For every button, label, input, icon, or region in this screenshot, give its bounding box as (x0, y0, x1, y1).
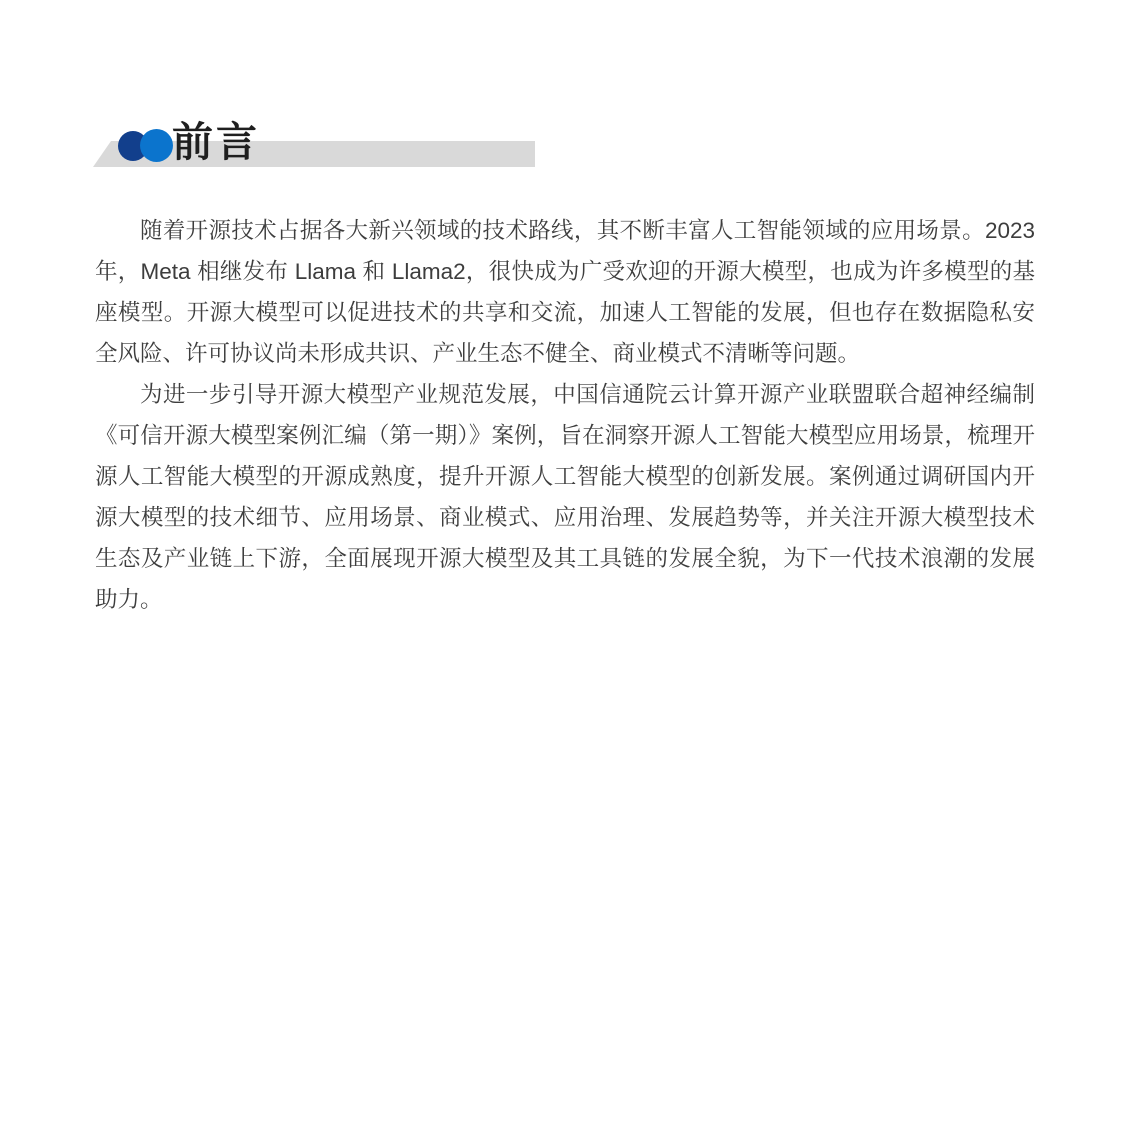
preface-page: 前言 随着开源技术占据各大新兴领域的技术路线，其不断丰富人工智能领域的应用场景。… (0, 0, 1122, 1122)
preface-paragraph-1: 随着开源技术占据各大新兴领域的技术路线，其不断丰富人工智能领域的应用场景。202… (95, 210, 1035, 374)
bullet-dot-light-icon (140, 129, 173, 162)
preface-body: 随着开源技术占据各大新兴领域的技术路线，其不断丰富人工智能领域的应用场景。202… (95, 210, 1035, 620)
preface-paragraph-2: 为进一步引导开源大模型产业规范发展，中国信通院云计算开源产业联盟联合超神经编制《… (95, 374, 1035, 620)
section-header: 前言 (0, 0, 1122, 200)
page-title: 前言 (172, 118, 260, 166)
